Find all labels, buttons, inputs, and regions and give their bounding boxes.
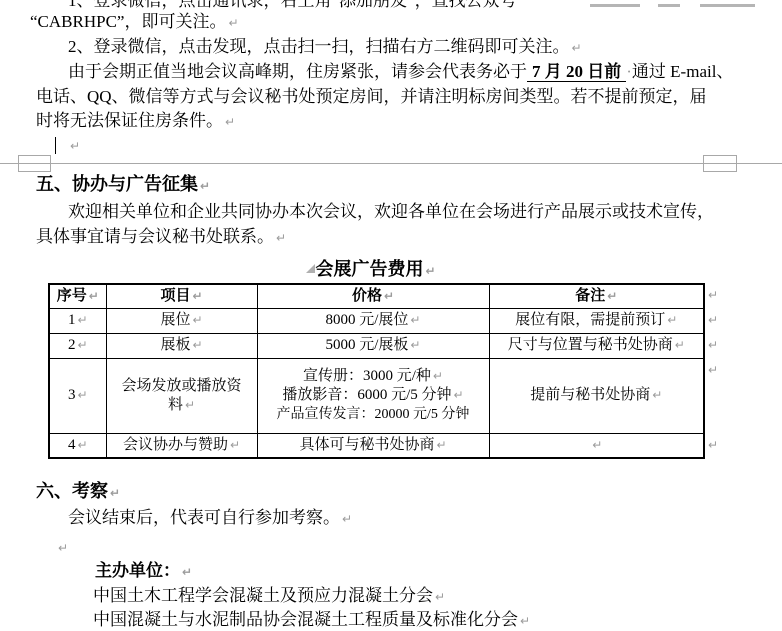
cell-item: 展位↵: [106, 308, 257, 333]
fee-table-title-text: 会展广告费用: [315, 259, 423, 279]
cell-note-text: 尺寸与位置与秘书处协商: [508, 337, 673, 353]
housing-line3: 时将无法保证住房条件。↵: [36, 110, 235, 133]
paragraph-mark-icon: ↵: [70, 139, 80, 153]
paragraph-mark-icon: ↵: [425, 264, 435, 278]
cell-note: 提前与秘书处协商↵: [489, 358, 704, 433]
cell-item: 会议协办与赞助↵: [106, 433, 257, 458]
section6-heading: 六、考察↵: [36, 481, 120, 504]
cell-mark-icon: ↵: [410, 313, 420, 327]
cell-no-text: 2: [68, 337, 76, 353]
cell-mark-icon: ↵: [192, 338, 202, 352]
housing-text-1: 由于会期正值当地会议高峰期，住房紧张，请参会代表务必于: [68, 62, 527, 81]
cell-item: 展板↵: [106, 333, 257, 358]
paragraph-mark-icon: ↵: [520, 614, 530, 628]
header-cell-price: 价格↵: [257, 284, 489, 308]
row-end-mark-icon: ↵: [708, 363, 718, 377]
housing-text-4: 时将无法保证住房条件。: [36, 111, 223, 130]
row-end-mark-icon: ↵: [708, 313, 718, 327]
cell-mark-icon: ↵: [77, 388, 87, 402]
fee-table-title: 会展广告费用↵: [48, 255, 703, 281]
cell-no: 2↵: [49, 333, 106, 358]
paragraph-mark-icon: ↵: [200, 179, 210, 193]
header-price-text: 价格: [352, 288, 382, 304]
cell-note: ↵: [489, 433, 704, 458]
cell-no-text: 1: [68, 312, 76, 328]
paragraph-mark-icon: ↵: [58, 541, 68, 555]
header-item-text: 项目: [160, 288, 190, 304]
cell-note: 尺寸与位置与秘书处协商↵: [489, 333, 704, 358]
wechat-step2-line: 2、登录微信，点击发现，点击扫一扫，扫描右方二维码即可关注。↵: [68, 36, 582, 59]
cell-price: 宣传册：3000 元/种↵ 播放影音：6000 元/5 分钟↵ 产品宣传发言：2…: [257, 358, 489, 433]
row-end-mark-icon: ↵: [708, 438, 718, 452]
paragraph-mark-icon: ↵: [182, 565, 192, 579]
cell-price: 5000 元/展板↵: [257, 333, 489, 358]
paragraph-mark-icon: ↵: [225, 115, 235, 129]
section5-para-line2: 具体事宜请与会议秘书处联系。↵: [36, 226, 286, 249]
cell-price-text: 8000 元/展位: [326, 312, 409, 328]
housing-text-2: 通过 E-mail、: [632, 62, 734, 81]
section6-para: 会议结束后，代表可自行参加考察。↵: [68, 507, 352, 530]
cell-mark-icon: ↵: [230, 438, 240, 452]
gray-artifact: [590, 4, 640, 7]
cell-note-text: 展位有限，需提前预订: [515, 312, 665, 328]
cell-mark-icon: ↵: [433, 369, 443, 383]
cell-mark-icon: ↵: [607, 289, 617, 303]
cell-mark-icon: ↵: [384, 289, 394, 303]
cell-item-text: 料: [168, 397, 183, 413]
page-margin-mark-left: [18, 155, 51, 172]
header-no-text: 序号: [57, 288, 87, 304]
row-end-mark-icon: ↵: [708, 288, 718, 302]
organizer-2-text: 中国混凝土与水泥制品协会混凝土工程质量及标准化分会: [93, 610, 518, 629]
paragraph-mark-icon: ↵: [110, 486, 120, 500]
cabrhpc-line: “CABRHPC”，即可关注。↵: [30, 11, 239, 34]
cell-item-text: 会议协办与赞助: [123, 437, 228, 453]
cell-item-text: 展位: [160, 312, 190, 328]
wechat-step1-text: 1、登录微信，点击通讯录，右上角“添加朋友”，查找公众号: [68, 0, 517, 10]
cell-price-text: 宣传册：3000 元/种: [303, 368, 431, 384]
cell-note-text: 提前与秘书处协商: [530, 387, 650, 403]
cell-no: 3↵: [49, 358, 106, 433]
cell-price-text: 播放影音：6000 元/5 分钟: [282, 387, 451, 403]
paragraph-mark-icon: ↵: [342, 512, 352, 526]
housing-line1: 由于会期正值当地会议高峰期，住房紧张，请参会代表务必于7 月 20 日前·通过 …: [68, 61, 733, 82]
section5-heading: 五、协办与广告征集↵: [36, 174, 210, 197]
cell-mark-icon: ↵: [454, 388, 464, 402]
organizer-2: 中国混凝土与水泥制品协会混凝土工程质量及标准化分会↵: [93, 609, 530, 631]
table-row: 2↵ 展板↵ 5000 元/展板↵ 尺寸与位置与秘书处协商↵: [49, 333, 704, 358]
gray-artifact: [658, 4, 680, 7]
paragraph-mark-icon: ↵: [228, 16, 238, 30]
cell-item: 会场发放或播放资 料↵: [106, 358, 257, 433]
cell-mark-icon: ↵: [652, 388, 662, 402]
cell-mark-icon: ↵: [410, 338, 420, 352]
cell-price: 8000 元/展位↵: [257, 308, 489, 333]
organizer-1: 中国土木工程学会混凝土及预应力混凝土分会↵: [93, 585, 445, 608]
cell-no-text: 4: [68, 437, 76, 453]
cell-mark-icon: ↵: [77, 438, 87, 452]
gray-artifact: [700, 4, 755, 7]
row-end-mark-icon: ↵: [708, 338, 718, 352]
cell-price-text: 产品宣传发言：20000 元/5 分钟: [277, 407, 470, 422]
section6-para-text: 会议结束后，代表可自行参加考察。: [68, 508, 340, 527]
cell-mark-icon: ↵: [89, 289, 99, 303]
wechat-step2-text: 2、登录微信，点击发现，点击扫一扫，扫描右方二维码即可关注。: [68, 37, 570, 56]
section5-para-text1: 欢迎相关单位和企业共同协办本次会议，欢迎各单位在会场进行产品展示或技术宣传，: [68, 202, 714, 221]
cell-item-text: 会场发放或播放资: [121, 378, 241, 394]
wechat-step1-line: 1、登录微信，点击通讯录，右上角“添加朋友”，查找公众号: [68, 0, 517, 11]
page-boundary-line: [0, 163, 782, 164]
cell-no: 4↵: [49, 433, 106, 458]
header-cell-note: 备注↵: [489, 284, 704, 308]
cell-price: 具体可与秘书处协商↵: [257, 433, 489, 458]
fee-table: 序号↵ 项目↵ 价格↵ 备注↵ 1↵ 展位↵ 8000 元/展位↵ 展位有限，需…: [48, 283, 705, 459]
cell-mark-icon: ↵: [77, 313, 87, 327]
cell-price-text: 5000 元/展板: [326, 337, 409, 353]
fee-table-header-row: 序号↵ 项目↵ 价格↵ 备注↵: [49, 284, 704, 308]
text-cursor: [55, 137, 56, 154]
cell-mark-icon: ↵: [667, 313, 677, 327]
cell-item-text: 展板: [160, 337, 190, 353]
cell-mark-icon: ↵: [592, 438, 602, 452]
table-row: 4↵ 会议协办与赞助↵ 具体可与秘书处协商↵ ↵: [49, 433, 704, 458]
section6-heading-text: 六、考察: [36, 481, 108, 501]
cell-mark-icon: ↵: [192, 289, 202, 303]
cabrhpc-text: “CABRHPC”，即可关注。: [30, 12, 226, 31]
paragraph-mark-icon: ↵: [435, 590, 445, 604]
organizers-label: 主办单位：↵: [95, 560, 192, 583]
section5-para-line1: 欢迎相关单位和企业共同协办本次会议，欢迎各单位在会场进行产品展示或技术宣传，: [68, 201, 714, 222]
page-margin-mark-right: [703, 155, 737, 172]
header-cell-item: 项目↵: [106, 284, 257, 308]
section5-para-text2: 具体事宜请与会议秘书处联系。: [36, 227, 274, 246]
housing-text-3: 电话、QQ、微信等方式与会议秘书处预定房间，并请注明标房间类型。若不提前预定，届: [36, 87, 707, 106]
cell-price-text: 具体可与秘书处协商: [299, 437, 434, 453]
section5-heading-text: 五、协办与广告征集: [36, 174, 198, 194]
organizer-1-text: 中国土木工程学会混凝土及预应力混凝土分会: [93, 586, 433, 605]
table-row: 3↵ 会场发放或播放资 料↵ 宣传册：3000 元/种↵ 播放影音：6000 元…: [49, 358, 704, 433]
cell-mark-icon: ↵: [675, 338, 685, 352]
header-note-text: 备注: [575, 288, 605, 304]
housing-line2: 电话、QQ、微信等方式与会议秘书处预定房间，并请注明标房间类型。若不提前预定，届: [36, 86, 707, 107]
cell-mark-icon: ↵: [185, 398, 195, 412]
cell-no-text: 3: [68, 387, 76, 403]
cell-mark-icon: ↵: [77, 338, 87, 352]
document-page[interactable]: 1、登录微信，点击通讯录，右上角“添加朋友”，查找公众号 “CABRHPC”，即…: [0, 0, 782, 631]
paragraph-mark-icon: ↵: [572, 41, 582, 55]
deadline-underlined: 7 月 20 日前: [527, 62, 626, 82]
organizers-label-text: 主办单位：: [95, 561, 180, 580]
table-row: 1↵ 展位↵ 8000 元/展位↵ 展位有限，需提前预订↵: [49, 308, 704, 333]
cell-note: 展位有限，需提前预订↵: [489, 308, 704, 333]
paragraph-mark-icon: ↵: [276, 231, 286, 245]
cell-mark-icon: ↵: [192, 313, 202, 327]
cell-no: 1↵: [49, 308, 106, 333]
cell-mark-icon: ↵: [436, 438, 446, 452]
header-cell-no: 序号↵: [49, 284, 106, 308]
